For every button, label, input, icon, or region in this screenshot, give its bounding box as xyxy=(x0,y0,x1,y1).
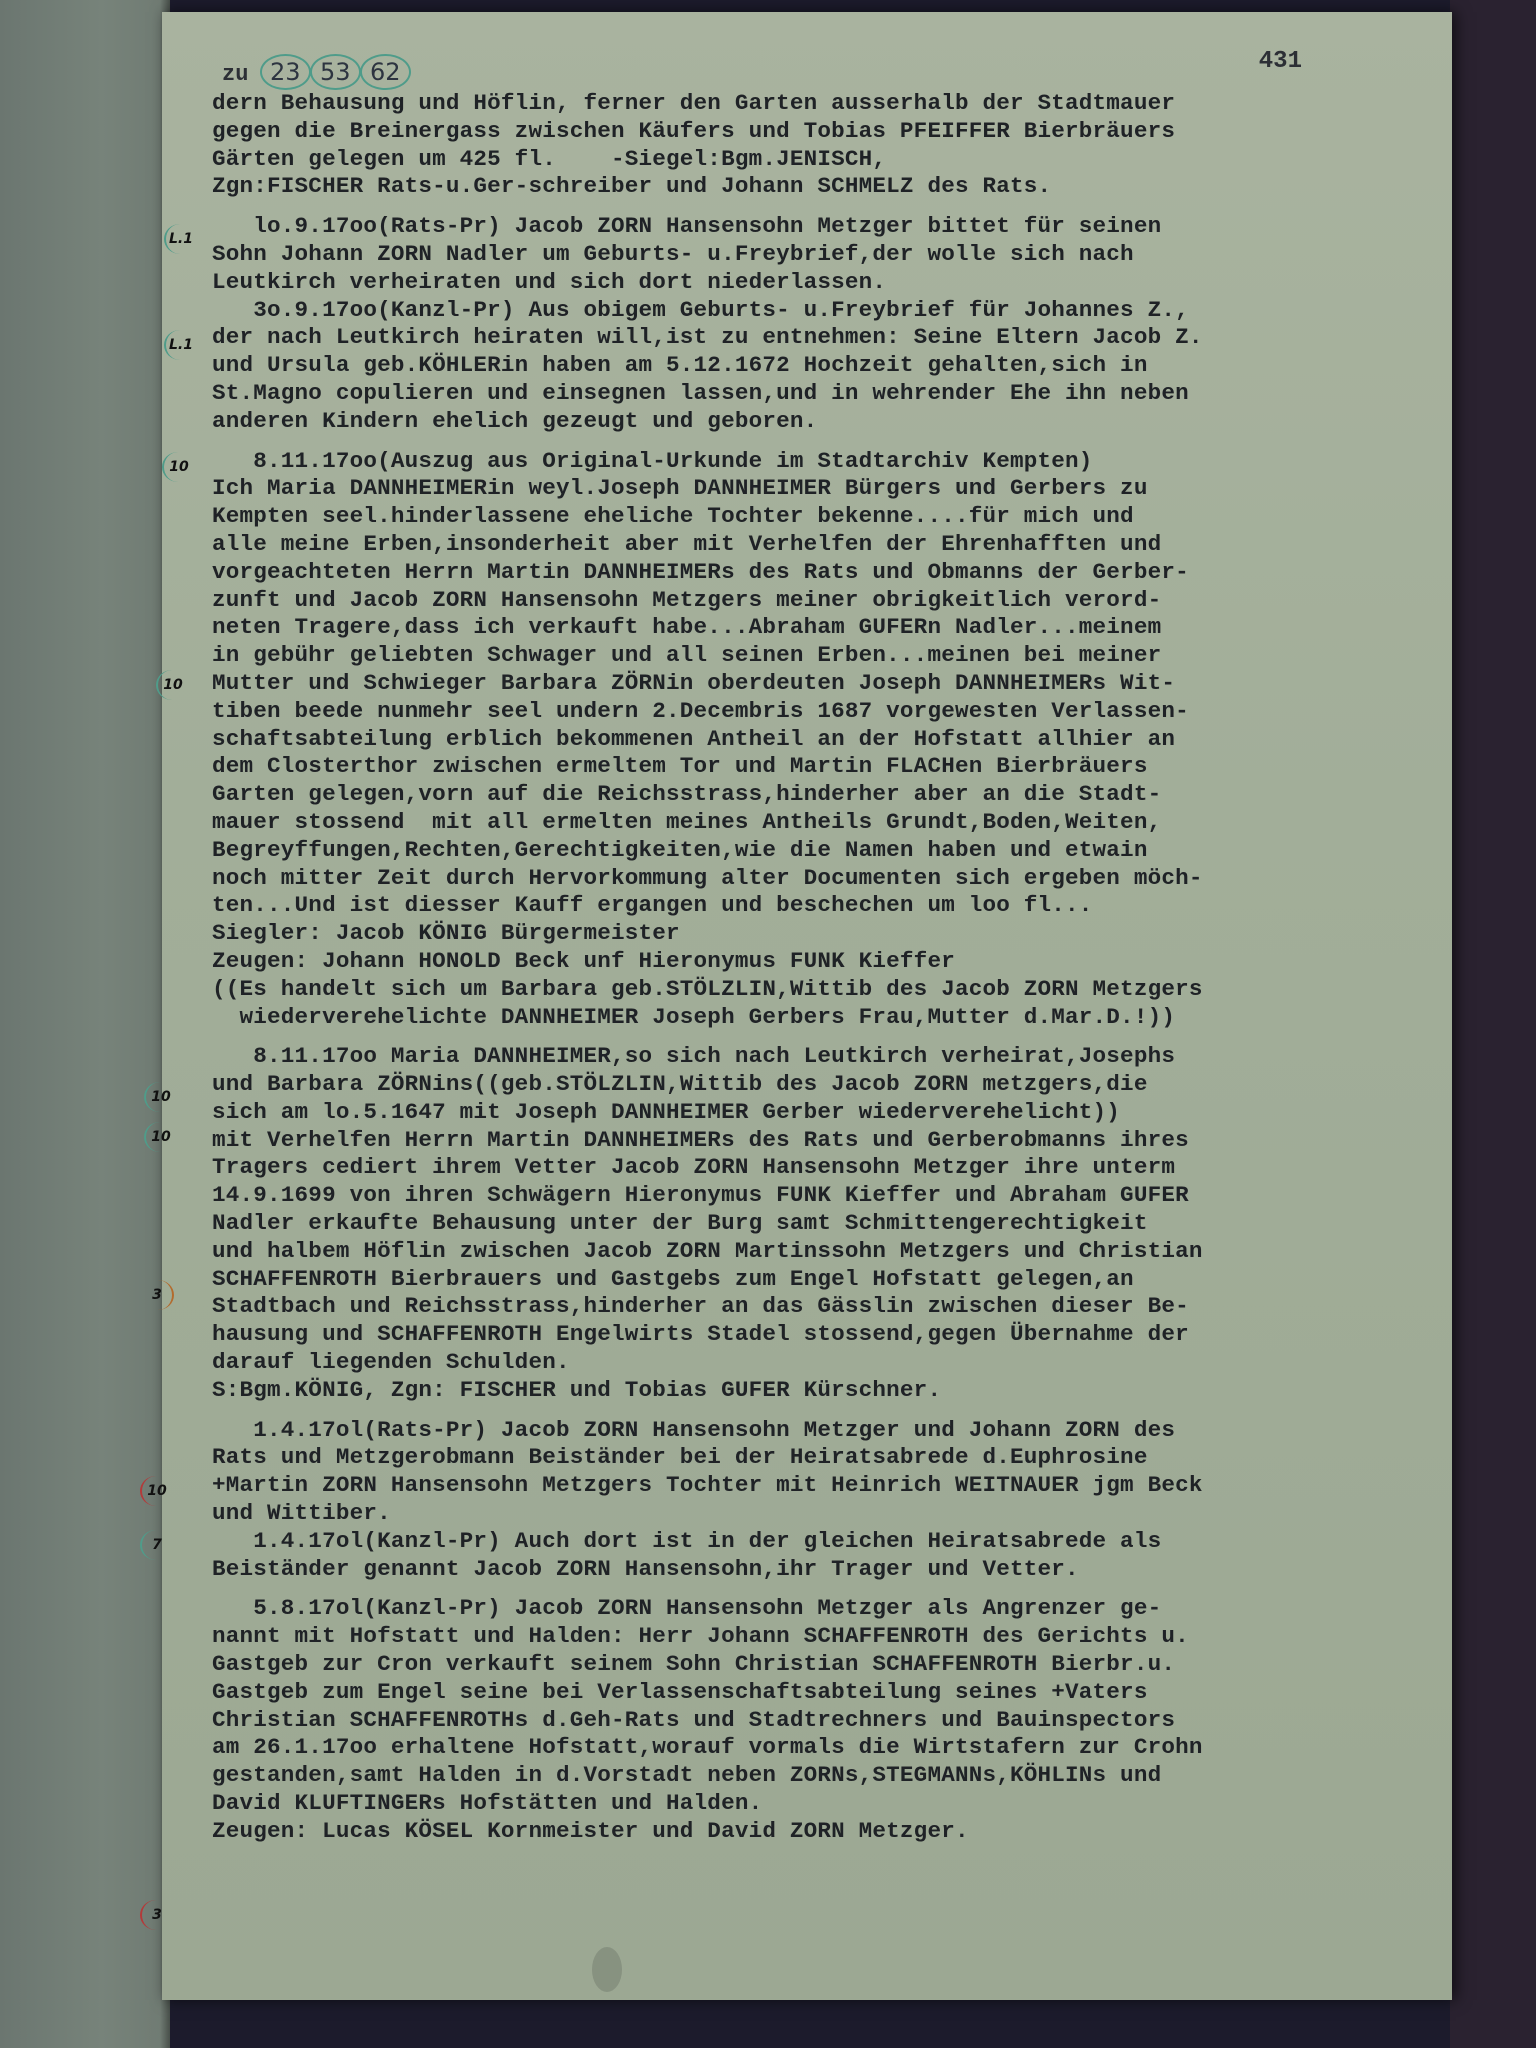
text-line: dem Closterthor zwischen ermeltem Tor un… xyxy=(212,753,1452,781)
paragraph-gap xyxy=(212,436,1452,448)
text-line: Leutkirch verheiraten und sich dort nied… xyxy=(212,269,1452,297)
typewritten-body: dern Behausung und Höflin, ferner den Ga… xyxy=(212,90,1452,1846)
reference-number: 53 xyxy=(310,54,361,90)
text-line: Garten gelegen,vorn auf die Reichsstrass… xyxy=(212,781,1452,809)
text-line: Kempten seel.hinderlassene eheliche Toch… xyxy=(212,503,1452,531)
text-line: 8.11.17oo(Auszug aus Original-Urkunde im… xyxy=(212,448,1452,476)
text-line: darauf liegenden Schulden. xyxy=(212,1349,1452,1377)
text-line: 1.4.17ol(Kanzl-Pr) Auch dort ist in der … xyxy=(212,1528,1452,1556)
page-header: zu 23 53 62 431 xyxy=(222,40,1392,90)
text-line: anderen Kindern ehelich gezeugt und gebo… xyxy=(212,408,1452,436)
text-line: der nach Leutkirch heiraten will,ist zu … xyxy=(212,324,1452,352)
text-line: zunft und Jacob ZORN Hansensohn Metzgers… xyxy=(212,587,1452,615)
text-line: 8.11.17oo Maria DANNHEIMER,so sich nach … xyxy=(212,1043,1452,1071)
reference-number: 23 xyxy=(260,54,311,90)
text-line: wiederverehelichte DANNHEIMER Joseph Ger… xyxy=(212,1004,1452,1032)
text-line: nannt mit Hofstatt und Halden: Herr Joha… xyxy=(212,1623,1452,1651)
paragraph-gap xyxy=(212,201,1452,213)
text-line: Siegler: Jacob KÖNIG Bürgermeister xyxy=(212,920,1452,948)
text-line: Zgn:FISCHER Rats-u.Ger-schreiber und Joh… xyxy=(212,173,1452,201)
margin-annotation: 3 xyxy=(142,1280,174,1310)
text-line: und Barbara ZÖRNins((geb.STÖLZLIN,Wittib… xyxy=(212,1071,1452,1099)
text-line: 14.9.1699 von ihren Schwägern Hieronymus… xyxy=(212,1182,1452,1210)
text-line: mauer stossend mit all ermelten meines A… xyxy=(212,809,1452,837)
text-line: Rats und Metzgerobmann Beiständer bei de… xyxy=(212,1444,1452,1472)
text-line: Gastgeb zum Engel seine bei Verlassensch… xyxy=(212,1679,1452,1707)
text-line: 5.8.17ol(Kanzl-Pr) Jacob ZORN Hansensohn… xyxy=(212,1595,1452,1623)
reference-prefix: zu xyxy=(222,62,248,87)
text-line: und Wittiber. xyxy=(212,1500,1452,1528)
text-line: mit Verhelfen Herrn Martin DANNHEIMERs d… xyxy=(212,1127,1452,1155)
text-line: Sohn Johann ZORN Nadler um Geburts- u.Fr… xyxy=(212,241,1452,269)
text-line: dern Behausung und Höflin, ferner den Ga… xyxy=(212,90,1452,118)
document-page: zu 23 53 62 431 dern Behausung und Höfli… xyxy=(162,12,1452,2000)
text-line: neten Tragere,dass ich verkauft habe...A… xyxy=(212,614,1452,642)
text-line: David KLUFTINGERs Hofstätten und Halden. xyxy=(212,1790,1452,1818)
previous-page-edge xyxy=(0,0,170,2048)
text-line: Mutter und Schwieger Barbara ZÖRNin ober… xyxy=(212,670,1452,698)
margin-annotation: 10 xyxy=(144,1082,176,1112)
text-line: S:Bgm.KÖNIG, Zgn: FISCHER und Tobias GUF… xyxy=(212,1377,1452,1405)
margin-annotation: L.1 xyxy=(164,224,196,254)
text-line: St.Magno copulieren und einsegnen lassen… xyxy=(212,380,1452,408)
text-line: 1.4.17ol(Rats-Pr) Jacob ZORN Hansensohn … xyxy=(212,1417,1452,1445)
text-line: Nadler erkaufte Behausung unter der Burg… xyxy=(212,1210,1452,1238)
margin-annotation: 7 xyxy=(140,1530,172,1560)
text-line: sich am lo.5.1647 mit Joseph DANNHEIMER … xyxy=(212,1099,1452,1127)
text-line: hausung und SCHAFFENROTH Engelwirts Stad… xyxy=(212,1321,1452,1349)
text-line: und halbem Höflin zwischen Jacob ZORN Ma… xyxy=(212,1238,1452,1266)
text-line: Tragers cediert ihrem Vetter Jacob ZORN … xyxy=(212,1154,1452,1182)
text-line: lo.9.17oo(Rats-Pr) Jacob ZORN Hansensohn… xyxy=(212,213,1452,241)
paragraph-gap xyxy=(212,1583,1452,1595)
margin-annotation: L.1 xyxy=(164,330,196,360)
page-number: 431 xyxy=(1259,48,1302,75)
text-line: gestanden,samt Halden in d.Vorstadt nebe… xyxy=(212,1762,1452,1790)
paragraph-gap xyxy=(212,1031,1452,1043)
text-line: SCHAFFENROTH Bierbrauers und Gastgebs zu… xyxy=(212,1266,1452,1294)
text-line: tiben beede nunmehr seel undern 2.Decemb… xyxy=(212,698,1452,726)
paper-stain xyxy=(592,1947,622,1992)
text-line: Beiständer genannt Jacob ZORN Hansensohn… xyxy=(212,1556,1452,1584)
margin-annotation: 10 xyxy=(144,1122,176,1152)
text-line: in gebühr geliebten Schwager und all sei… xyxy=(212,642,1452,670)
text-line: Stadtbach und Reichsstrass,hinderher an … xyxy=(212,1293,1452,1321)
text-line: vorgeachteten Herrn Martin DANNHEIMERs d… xyxy=(212,559,1452,587)
text-line: noch mitter Zeit durch Hervorkommung alt… xyxy=(212,865,1452,893)
text-line: Christian SCHAFFENROTHs d.Geh-Rats und S… xyxy=(212,1707,1452,1735)
text-line: und Ursula geb.KÖHLERin haben am 5.12.16… xyxy=(212,352,1452,380)
text-line: am 26.1.17oo erhaltene Hofstatt,worauf v… xyxy=(212,1734,1452,1762)
text-line: ten...Und ist diesser Kauff ergangen und… xyxy=(212,892,1452,920)
text-line: schaftsabteilung erblich bekommenen Anth… xyxy=(212,726,1452,754)
margin-annotation: 10 xyxy=(162,452,194,482)
text-line: Gastgeb zur Cron verkauft seinem Sohn Ch… xyxy=(212,1651,1452,1679)
text-line: Ich Maria DANNHEIMERin weyl.Joseph DANNH… xyxy=(212,475,1452,503)
text-line: Gärten gelegen um 425 fl. -Siegel:Bgm.JE… xyxy=(212,146,1452,174)
text-line: 3o.9.17oo(Kanzl-Pr) Aus obigem Geburts- … xyxy=(212,297,1452,325)
margin-annotation: 3 xyxy=(140,1900,172,1930)
dark-background xyxy=(1450,0,1536,2048)
text-line: gegen die Breinergass zwischen Käufers u… xyxy=(212,118,1452,146)
text-line: ((Es handelt sich um Barbara geb.STÖLZLI… xyxy=(212,976,1452,1004)
text-line: Zeugen: Johann HONOLD Beck unf Hieronymu… xyxy=(212,948,1452,976)
text-line: alle meine Erben,insonderheit aber mit V… xyxy=(212,531,1452,559)
margin-annotation: 10 xyxy=(156,670,188,700)
text-line: Begreyffungen,Rechten,Gerechtigkeiten,wi… xyxy=(212,837,1452,865)
reference-number: 62 xyxy=(360,54,411,90)
margin-annotation: 10 xyxy=(140,1476,172,1506)
text-line: Zeugen: Lucas KÖSEL Kornmeister und Davi… xyxy=(212,1818,1452,1846)
paragraph-gap xyxy=(212,1405,1452,1417)
text-line: +Martin ZORN Hansensohn Metzgers Tochter… xyxy=(212,1472,1452,1500)
